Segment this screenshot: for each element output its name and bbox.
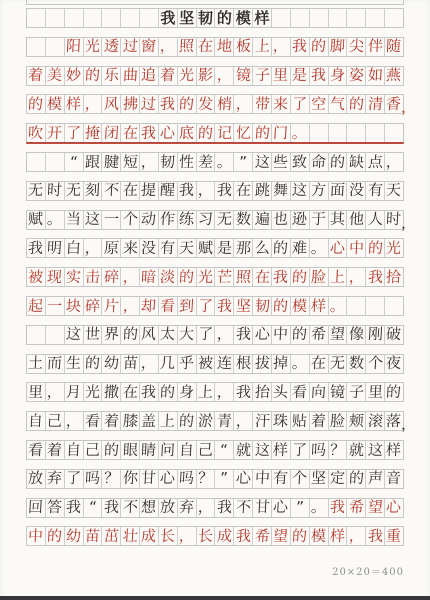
handwritten-char: 当	[66, 212, 82, 227]
handwritten-char: 音	[386, 471, 402, 486]
grid-cell: 吗	[177, 470, 196, 488]
grid-cell: 这	[252, 153, 271, 171]
grid-cell: ，	[120, 297, 139, 315]
grid-cell: 苗	[120, 355, 139, 373]
grid-cell: 尖	[346, 38, 365, 56]
handwritten-char: 的	[348, 471, 364, 486]
grid-cell: ？	[101, 470, 120, 488]
handwritten-char: 我	[103, 500, 119, 515]
grid-cell: 击	[83, 268, 102, 286]
handwritten-char: ，	[198, 500, 214, 515]
handwritten-char: 模	[236, 11, 251, 26]
handwritten-char: 样	[311, 299, 327, 314]
handwritten-char: 没	[348, 183, 364, 198]
handwritten-char: 韧	[160, 155, 176, 170]
handwritten-char: 不	[122, 500, 138, 515]
handwritten-char: 就	[235, 443, 251, 458]
grid-cell: 的	[252, 124, 271, 142]
grid-cell: 的	[83, 67, 102, 85]
handwritten-char: 落	[386, 414, 402, 429]
composition-paper: 我坚韧的模样阳光透过窗，照在地板上，我的脚尖伴随着美妙的乐曲追着光影，镜子里是我…	[0, 0, 430, 600]
grid-cell: 了	[290, 441, 309, 459]
handwritten-char: 是	[216, 241, 232, 256]
grid-cell: 。	[309, 239, 328, 257]
grid-cell: 的	[309, 38, 328, 56]
handwritten-char: 上	[330, 270, 346, 285]
handwritten-char: 贴	[292, 414, 308, 429]
handwritten-char: 弃	[179, 500, 195, 515]
grid-cell: 吗	[83, 470, 102, 488]
grid-cell: 我	[233, 527, 252, 545]
grid-cell: 就	[233, 441, 252, 459]
grid-cell: 大	[177, 326, 196, 344]
photo-bottom-edge	[0, 596, 430, 600]
handwritten-char: 连	[216, 356, 232, 371]
grid-cell: 淤	[196, 412, 215, 430]
grid-cell: 这	[290, 182, 309, 200]
handwritten-char: 希	[348, 500, 364, 515]
handwritten-char: 光	[198, 270, 214, 285]
grid-cell: 其	[328, 211, 347, 229]
handwritten-char: 数	[348, 356, 364, 371]
handwritten-char: 空	[311, 97, 327, 112]
handwritten-char: 里	[273, 68, 289, 83]
handwritten-char: 被	[28, 270, 44, 285]
grid-cell: 滚	[365, 412, 384, 430]
handwritten-char: 己	[198, 443, 214, 458]
handwritten-char: 生	[66, 356, 82, 371]
grid-cell: 抬	[252, 383, 271, 401]
handwritten-char: 界	[103, 327, 119, 342]
grid-cell: 也	[271, 211, 290, 229]
handwritten-char: 这	[66, 327, 82, 342]
grid-cell	[346, 9, 365, 27]
handwritten-char: 盖	[141, 414, 157, 429]
handwritten-char: 忆	[235, 126, 251, 141]
handwritten-char: 气	[330, 97, 346, 112]
handwritten-char: 妙	[66, 68, 82, 83]
grid-cell: 着	[158, 67, 177, 85]
grid-cell: ，	[346, 268, 365, 286]
handwritten-char: 我	[235, 529, 251, 544]
handwritten-char: 起	[28, 299, 44, 314]
grid-cell: 乐	[101, 67, 120, 85]
handwritten-char: 的	[47, 529, 63, 544]
handwritten-char: 心	[254, 327, 270, 342]
handwritten-char: 样	[66, 97, 82, 112]
handwritten-char: 些	[273, 155, 289, 170]
handwritten-char: 珠	[273, 414, 289, 429]
handwritten-char: 几	[160, 356, 176, 371]
handwritten-char: 颊	[348, 414, 364, 429]
grid-cell: 的	[158, 383, 177, 401]
handwritten-char: 点	[367, 155, 383, 170]
grid-cell	[365, 297, 384, 315]
grid-cell: 在	[120, 124, 139, 142]
grid-cell: 如	[365, 67, 384, 85]
grid-cell: 己	[83, 441, 102, 459]
grid-cell: 根	[233, 355, 252, 373]
handwritten-char: 无	[28, 183, 44, 198]
grid-cell: 中	[346, 239, 365, 257]
handwritten-char: 姿	[348, 68, 364, 83]
grid-cell: 赋	[196, 239, 215, 257]
handwritten-char: ”	[239, 155, 248, 170]
grid-cell: 梢	[214, 95, 233, 113]
grid-cell: 。	[45, 211, 64, 229]
handwritten-char: 。	[47, 212, 63, 227]
handwritten-char: 被	[198, 356, 214, 371]
grid-row: 无时无刻不在提醒我，我在跳舞这方面没有天	[26, 181, 404, 201]
handwritten-char: 幼	[66, 529, 82, 544]
grid-cell: 掩	[83, 124, 102, 142]
grid-cell: 看	[27, 441, 45, 459]
grid-row: 里，月光撒在我的身上，我抬头看向镜子里的	[26, 382, 404, 402]
grid-cell: 有	[271, 470, 290, 488]
grid-cell: 闭	[101, 124, 120, 142]
grid-cell: 了	[64, 470, 83, 488]
handwritten-char: ，	[85, 97, 101, 112]
handwritten-char: 心	[160, 126, 176, 141]
grid-cell: 不	[120, 499, 139, 517]
grid-cell: 问	[158, 441, 177, 459]
handwritten-char: 我	[367, 270, 383, 285]
grid-cell: 了	[196, 297, 215, 315]
handwritten-char: 芒	[216, 270, 232, 285]
grid-row: 自己，看着膝盖上的淤青，汗珠贴着脸颊滚落，	[26, 411, 404, 431]
grid-cell: 个	[290, 470, 309, 488]
handwritten-char: 作	[160, 212, 176, 227]
handwritten-char: 自	[179, 443, 195, 458]
grid-cell: 头	[271, 383, 290, 401]
handwritten-char: ，	[179, 529, 195, 544]
handwritten-char: 汗	[254, 414, 270, 429]
grid-cell: 性	[177, 153, 196, 171]
handwritten-char: 我	[28, 241, 44, 256]
grid-cell: ，	[346, 527, 365, 545]
grid-cell: ”	[290, 499, 309, 517]
handwritten-char: 我	[311, 68, 327, 83]
handwritten-char: ”	[295, 500, 304, 515]
handwritten-char: 这	[254, 155, 270, 170]
handwritten-char: 个	[122, 212, 138, 227]
handwritten-char: 缺	[348, 155, 364, 170]
grid-cell: 的	[27, 95, 45, 113]
grid-cell: 的	[384, 383, 403, 401]
handwritten-char: 我	[160, 97, 176, 112]
handwritten-char: 面	[330, 183, 346, 198]
handwritten-char: 差	[198, 155, 214, 170]
handwritten-char: 的	[292, 270, 308, 285]
grid-cell: 却	[139, 297, 158, 315]
grid-cell: 习	[196, 211, 215, 229]
handwritten-char: 脸	[311, 270, 327, 285]
handwritten-char: 带	[254, 97, 270, 112]
handwritten-char: 睛	[141, 443, 157, 458]
grid-cell: 太	[158, 326, 177, 344]
grid-cell: 脚	[328, 38, 347, 56]
handwritten-char: 阳	[66, 39, 82, 54]
handwritten-char: 弃	[47, 471, 63, 486]
handwritten-char: 掩	[85, 126, 101, 141]
handwritten-char: 明	[47, 241, 63, 256]
handwritten-char: 动	[141, 212, 157, 227]
grid-cell: 心	[384, 499, 403, 517]
grid-cell: 碎	[101, 268, 120, 286]
grid-cell: 样	[252, 9, 271, 27]
handwritten-char: 的	[85, 356, 101, 371]
handwritten-char: 自	[28, 414, 44, 429]
grid-row: “跟腱短，韧性差。”这些致命的缺点，	[26, 152, 404, 172]
handwritten-char: 膝	[122, 414, 138, 429]
grid-cell: 的	[196, 124, 215, 142]
handwritten-char: 而	[47, 356, 63, 371]
handwritten-char: 拾	[386, 270, 402, 285]
grid-cell: 样	[271, 441, 290, 459]
grid-cell: 里	[271, 67, 290, 85]
grid-cell: ，	[177, 527, 196, 545]
grid-cell: 弃	[45, 470, 64, 488]
grid-cell: 声	[365, 470, 384, 488]
handwritten-char: 破	[386, 327, 402, 342]
grid-cell: 气	[328, 95, 347, 113]
grid-cell	[45, 38, 64, 56]
handwritten-char: 中	[254, 471, 270, 486]
handwritten-char: 像	[348, 327, 364, 342]
handwritten-char: 茁	[103, 529, 119, 544]
grid-cell: 的	[271, 297, 290, 315]
grid-cell	[27, 153, 45, 171]
grid-cell: 甘	[139, 470, 158, 488]
handwritten-char: 模	[292, 299, 308, 314]
handwritten-char: 定	[330, 471, 346, 486]
handwritten-char: 发	[198, 97, 214, 112]
handwritten-char: 这	[254, 443, 270, 458]
handwritten-char: 逊	[292, 212, 308, 227]
handwritten-char: 闭	[103, 126, 119, 141]
handwritten-char: 镜	[235, 68, 251, 83]
essay-title-row: 我坚韧的模样	[26, 8, 404, 28]
grid-cell: 长	[196, 527, 215, 545]
grid-cell: 心	[271, 499, 290, 517]
grid-cell: ”	[233, 153, 252, 171]
grid-cell: 。	[214, 153, 233, 171]
grid-row: 中的幼苗茁壮成长，长成我希望的模样，我重	[26, 526, 404, 546]
grid-cell: 的	[346, 95, 365, 113]
grid-cell: 看	[158, 297, 177, 315]
grid-cell: 像	[346, 326, 365, 344]
grid-cell: 一	[45, 297, 64, 315]
grid-cell: 阳	[64, 38, 83, 56]
handwritten-char: ，	[348, 270, 364, 285]
handwritten-char: 光	[85, 39, 101, 54]
handwritten-char: 心	[160, 471, 176, 486]
grid-row: 放弃了吗？你甘心吗？”心中有个坚定的声音	[26, 469, 404, 489]
handwritten-char: 方	[311, 183, 327, 198]
grid-cell: 我	[64, 499, 83, 517]
handwritten-char: 在	[235, 183, 251, 198]
grid-cell: 吗	[309, 441, 328, 459]
handwritten-char: 苗	[85, 529, 101, 544]
grid-cell: 不	[233, 499, 252, 517]
grid-cell: 就	[346, 441, 365, 459]
handwritten-char: 的	[179, 270, 195, 285]
grid-cell: 醒	[158, 182, 177, 200]
grid-cell: 不	[101, 182, 120, 200]
grid-cell	[45, 153, 64, 171]
handwritten-char: 舞	[273, 183, 289, 198]
handwritten-char: 地	[216, 39, 232, 54]
handwritten-char: 我	[235, 327, 251, 342]
handwritten-char: 壮	[122, 529, 138, 544]
grid-cell: 那	[233, 239, 252, 257]
handwritten-char: 的	[311, 39, 327, 54]
handwritten-char: 。	[311, 500, 327, 515]
grid-cell: 作	[158, 211, 177, 229]
handwritten-char: 着	[311, 414, 327, 429]
grid-cell: 。	[309, 499, 328, 517]
grid-cell: 的	[83, 355, 102, 373]
grid-cell: 难	[290, 239, 309, 257]
handwritten-char: 我	[216, 299, 232, 314]
handwritten-char: 我	[292, 39, 308, 54]
handwritten-char: 太	[160, 327, 176, 342]
grid-cell: 了	[64, 124, 83, 142]
grid-cell	[120, 9, 139, 27]
handwritten-char: 过	[141, 97, 157, 112]
handwritten-char: 性	[179, 155, 195, 170]
grid-cell: 坚	[177, 9, 196, 27]
handwritten-char: 伴	[367, 39, 383, 54]
handwritten-char: 希	[254, 529, 270, 544]
handwritten-char: 坚	[179, 11, 194, 26]
grid-cell	[365, 124, 384, 142]
handwritten-char: 我	[367, 529, 383, 544]
handwritten-char: 大	[179, 327, 195, 342]
grid-row: 的模样，风拂过我的发梢，带来了空气的清香，	[26, 94, 404, 114]
grid-cell	[328, 9, 347, 27]
grid-cell: 我	[290, 38, 309, 56]
grid-cell: 贴	[290, 412, 309, 430]
handwritten-char: ，	[216, 68, 232, 83]
grid-cell: 时	[45, 182, 64, 200]
handwritten-char: 拂	[122, 97, 138, 112]
grid-cell: 茁	[101, 527, 120, 545]
grid-cell: 地	[214, 38, 233, 56]
grid-cell: 自	[177, 441, 196, 459]
handwritten-char: 向	[311, 385, 327, 400]
handwritten-char: 梢	[216, 97, 232, 112]
grid-cell: 里	[27, 383, 45, 401]
grid-cell	[309, 9, 328, 27]
handwritten-char: 在	[122, 126, 138, 141]
grid-cell: 方	[309, 182, 328, 200]
grid-cell: 是	[290, 67, 309, 85]
grid-cell: 光	[196, 268, 215, 286]
handwritten-char: 个	[292, 471, 308, 486]
grid-cell: 是	[214, 239, 233, 257]
grid-cell: 你	[120, 470, 139, 488]
handwritten-char: 拔	[254, 356, 270, 371]
handwritten-char: 看	[85, 414, 101, 429]
handwritten-char: 的	[85, 68, 101, 83]
grid-cell: 么	[252, 239, 271, 257]
handwritten-char: 碎	[103, 270, 119, 285]
handwritten-char: 白	[66, 241, 82, 256]
handwritten-char: 这	[292, 183, 308, 198]
grid-cell: 妙	[64, 67, 83, 85]
grid-cell: 中	[27, 527, 45, 545]
handwritten-char: 。	[330, 299, 346, 314]
grid-cell: 无	[27, 182, 45, 200]
grid-cell: 着	[45, 441, 64, 459]
hanging-punctuation: ，	[401, 100, 416, 115]
grid-cell: ，	[384, 153, 403, 171]
grid-cell: 撒	[101, 383, 120, 401]
grid-cell: ，	[214, 383, 233, 401]
grid-cell: ，	[214, 326, 233, 344]
handwritten-char: 的	[179, 414, 195, 429]
grid-cell: 心	[158, 470, 177, 488]
grid-cell: 面	[328, 182, 347, 200]
grid-cell: 弃	[177, 499, 196, 517]
grid-cell: ，	[120, 268, 139, 286]
grid-cell: 重	[384, 527, 403, 545]
handwritten-char: 天	[386, 183, 402, 198]
handwritten-char: 心	[235, 471, 251, 486]
grid-cell: 的	[120, 326, 139, 344]
grid-cell: 在	[252, 268, 271, 286]
grid-cell	[101, 9, 120, 27]
grid-cell: 模	[45, 95, 64, 113]
handwritten-char: 的	[122, 327, 138, 342]
grid-cell: 姿	[346, 67, 365, 85]
grid-cell	[27, 38, 45, 56]
grid-cell: 缺	[346, 153, 365, 171]
handwritten-char: 的	[348, 97, 364, 112]
handwritten-char: 样	[273, 443, 289, 458]
grid-cell: 我	[214, 182, 233, 200]
handwritten-char: 着	[47, 443, 63, 458]
grid-cell: 我	[309, 67, 328, 85]
grid-cell: 天	[177, 239, 196, 257]
grid-cell: 照	[177, 38, 196, 56]
grid-cell: 曲	[120, 67, 139, 85]
handwritten-char: 现	[47, 270, 63, 285]
paper-capacity-note: 20×20＝400	[332, 563, 404, 578]
grid-cell: 我	[233, 326, 252, 344]
grid-cell: 望	[365, 499, 384, 517]
handwritten-char: 在	[254, 270, 270, 285]
handwritten-char: 乎	[179, 356, 195, 371]
grid-cell: 带	[252, 95, 271, 113]
handwritten-char: 放	[28, 471, 44, 486]
grid-cell: 己	[45, 412, 64, 430]
grid-cell: 在	[196, 38, 215, 56]
grid-cell	[346, 124, 365, 142]
grid-cell: 的	[101, 441, 120, 459]
handwritten-char: 在	[198, 39, 214, 54]
handwritten-char: 跟	[85, 155, 101, 170]
handwritten-char: 如	[367, 68, 383, 83]
handwritten-char: 随	[386, 39, 402, 54]
handwritten-char: 声	[367, 471, 383, 486]
handwritten-char: 模	[311, 529, 327, 544]
handwritten-char: 照	[235, 270, 251, 285]
grid-row: 被现实击碎，暗淡的光芒照在我的脸上，我拾	[26, 267, 404, 287]
handwritten-char: 淤	[198, 414, 214, 429]
handwritten-char: 看	[28, 443, 44, 458]
